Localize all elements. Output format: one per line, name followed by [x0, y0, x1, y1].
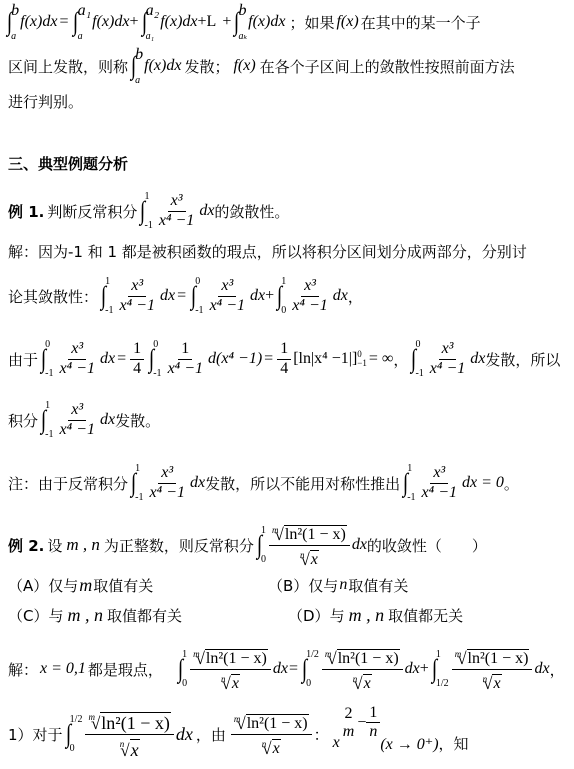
root-fraction: m√ln²(1 − x) n√x [231, 710, 312, 758]
integral: ∫1/20 [301, 653, 319, 685]
integral-sign-icon: ∫ [277, 283, 282, 309]
option-c[interactable]: （C） 与 m , n 取值都有关 [8, 604, 182, 626]
integral: ∫10 [177, 653, 187, 685]
example-1-solution-line-1: 解：因为-1 和 1 都是被积函数的瑕点，所以将积分区间划分成两部分，分别讨 [8, 240, 527, 262]
root-fraction: m√ln²(1 − x) n√x [322, 645, 403, 693]
intro-line-3: 进行判别。 [8, 90, 83, 112]
radical-icon: √ [196, 649, 205, 669]
integral: ∫1-1 [40, 404, 53, 436]
radical-icon: √ [262, 739, 271, 759]
section-heading: 三、典型例题分析 [8, 152, 128, 174]
example-1-solution-line-3: 由于 ∫0-1 x³x⁴ −1 dx = 14 ∫0-1 1x⁴ −1 d(x⁴… [8, 336, 560, 382]
fraction: x³x⁴ −1 [56, 340, 97, 378]
fraction: x³x⁴ −1 [116, 277, 157, 315]
radical-icon: √ [91, 714, 100, 734]
integral: ∫1/20 [65, 718, 83, 750]
radical-icon: √ [300, 550, 309, 570]
root-fraction: m√ln²(1 − x) n√x [190, 645, 271, 693]
integral-lhs: ∫ ba [6, 6, 19, 38]
radical-icon: √ [483, 674, 492, 694]
integral-sign-icon: ∫ [403, 470, 408, 496]
integral: ∫0-1 [40, 343, 53, 375]
fraction: x³x⁴ −1 [289, 277, 330, 315]
fraction-quarter: 14 [277, 340, 291, 378]
integral: ∫0-1 [148, 343, 161, 375]
example-1-statement: 例 1. 判断反常积分 ∫ 1-1 x³x⁴ −1 dx 的敛散性。 [8, 190, 289, 232]
fraction: x³x⁴ −1 [56, 401, 97, 439]
integral-sign-icon: ∫ [257, 532, 262, 558]
integral-sign-icon: ∫ [7, 9, 12, 35]
radical-icon: √ [221, 674, 230, 694]
option-b[interactable]: （B） 仅与 n 取值有关 [268, 574, 408, 596]
radical-icon: √ [275, 525, 284, 545]
example-1-solution-line-4: 积分 ∫1-1 x³x⁴ −1 dx 发散。 [8, 398, 160, 442]
option-a[interactable]: （A） 仅与 m 取值有关 [8, 574, 153, 596]
integral: ∫10 [256, 529, 266, 561]
fraction-quarter: 14 [130, 340, 144, 378]
integral-term-1: ∫ a₁a [72, 6, 91, 38]
fraction: x³x⁴ −1 [427, 340, 468, 378]
integral-sign-icon: ∫ [141, 9, 146, 35]
integral: ∫10 [276, 280, 286, 312]
fraction: x³x⁴ −1 [156, 192, 197, 230]
integral-sign-icon: ∫ [41, 346, 46, 372]
integral-sign-icon: ∫ [234, 9, 239, 35]
example-1-note: 注：由于反常积分 ∫1-1 x³x⁴ −1 dx 发散，所以不能用对称性推出 ∫… [8, 460, 519, 506]
integral-sign-icon: ∫ [73, 9, 78, 35]
integral: ∫0-1 [410, 343, 423, 375]
fraction: 1x⁴ −1 [165, 340, 206, 378]
root-fraction: m√ln²(1 − x) n√x [452, 645, 533, 693]
radical-icon: √ [353, 674, 362, 694]
integral-sign-icon: ∫ [131, 53, 136, 79]
option-d[interactable]: （D） 与 m , n 取值都无关 [288, 604, 463, 626]
example-2-solution-line-1: 解： x = 0,1 都是瑕点， ∫10 m√ln²(1 − x) n√x dx… [8, 644, 565, 694]
integral-sign-icon: ∫ [131, 470, 136, 496]
example-2-statement: 例 2. 设 m , n 为正整数，则反常积分 ∫10 m√ln²(1 − x)… [8, 520, 487, 570]
integral-sign-icon: ∫ [140, 198, 145, 224]
fraction: x³x⁴ −1 [146, 464, 187, 502]
integral: ∫0-1 [190, 280, 203, 312]
intro-line-2: 区间上发散，则称 ∫ ba f(x)dx 发散； f(x) 在各个子区间上的敛散… [8, 46, 515, 86]
integral-term-k: ∫ baₖ [233, 6, 247, 38]
fraction: x³x⁴ −1 [207, 277, 248, 315]
integral-sign-icon: ∫ [41, 407, 46, 433]
radical-icon: √ [457, 649, 466, 669]
radical-icon: √ [120, 741, 129, 761]
integral-sign-icon: ∫ [191, 283, 196, 309]
integral: ∫ 1-1 [139, 195, 152, 227]
integral-sign-icon: ∫ [178, 656, 183, 682]
integral-sign-icon: ∫ [302, 656, 307, 682]
integral: ∫1-1 [100, 280, 113, 312]
integral-sign-icon: ∫ [101, 283, 106, 309]
integral: ∫11/2 [431, 653, 449, 685]
radical-icon: √ [327, 649, 336, 669]
radical-icon: √ [236, 714, 245, 734]
integral-sign-icon: ∫ [432, 656, 437, 682]
root-fraction: m√ln²(1 − x) n√x [269, 521, 350, 569]
integral: ∫1-1 [402, 467, 415, 499]
integral-term-2: ∫ a₂a₁ [141, 6, 160, 38]
example-1-solution-line-2: 论其敛散性： ∫1-1 x³x⁴ −1 dx = ∫0-1 x³x⁴ −1 dx… [8, 275, 363, 317]
fraction: x³x⁴ −1 [419, 464, 460, 502]
integral: ∫1-1 [130, 467, 143, 499]
integral-sign-icon: ∫ [65, 721, 70, 747]
integral-sign-icon: ∫ [411, 346, 416, 372]
root-fraction: m√ln²(1 − x) n√x [85, 708, 173, 760]
intro-formula-line: ∫ ba f(x)dx = ∫ a₁a f(x)dx + ∫ a₂a₁ f(x)… [4, 2, 481, 42]
integral-sign-icon: ∫ [149, 346, 154, 372]
example-2-solution-line-2: 1）对于 ∫1/20 m√ln²(1 − x) n√x dx ，由 m√ln²(… [8, 704, 469, 764]
integral: ∫ ba [130, 50, 143, 82]
